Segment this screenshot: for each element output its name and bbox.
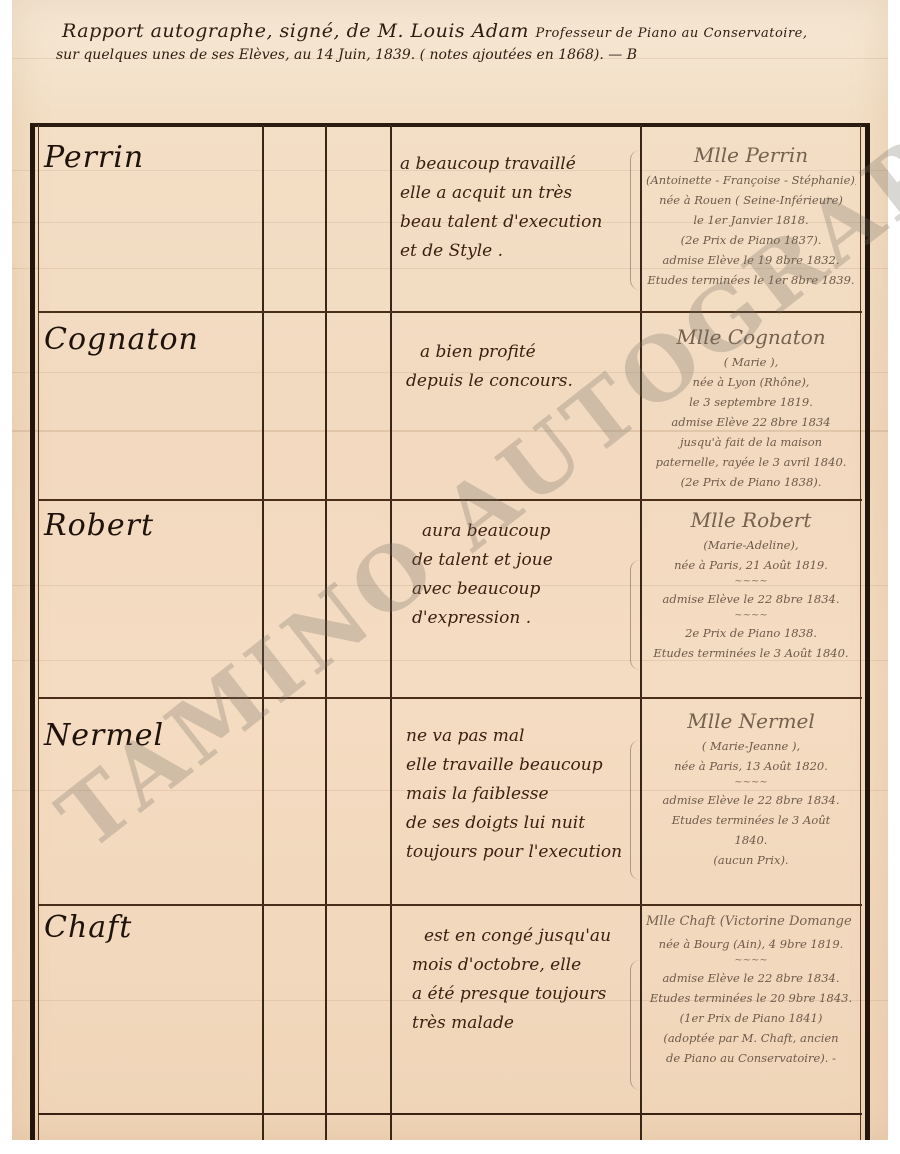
remark-line: et de Style .	[400, 237, 640, 266]
remark-line: est en congé jusqu'au	[412, 922, 652, 951]
note-line: 1840.	[646, 830, 856, 850]
remark-line: de talent et joue	[412, 546, 652, 575]
note-line: (2e Prix de Piano 1838).	[646, 472, 856, 492]
column-divider	[390, 125, 392, 1140]
column-divider	[262, 125, 264, 1140]
note-line: Etudes terminées le 1er 8bre 1839.	[646, 270, 856, 290]
row-divider	[38, 311, 862, 313]
biographical-note: Mlle Chaft (Victorine Domange dite) née …	[646, 910, 856, 1068]
table-right-inner-border	[860, 125, 861, 1140]
column-divider	[325, 125, 327, 1140]
remark-line: aura beaucoup	[412, 517, 652, 546]
note-flourish: ~~~~	[646, 954, 856, 968]
teacher-remark: ne va pas mal elle travaille beaucoup ma…	[406, 722, 646, 867]
remark-line: elle travaille beaucoup	[406, 751, 646, 780]
note-line: ( Marie-Jeanne ),	[646, 736, 856, 756]
remark-line: d'expression .	[412, 604, 652, 633]
brace-mark	[630, 740, 645, 880]
document-title: Rapport autographe, signé, de M. Louis A…	[62, 20, 808, 42]
remark-line: toujours pour l'execution	[406, 838, 646, 867]
note-line: (1er Prix de Piano 1841)	[646, 1008, 856, 1028]
note-title: Mlle Robert	[646, 505, 856, 535]
note-line: (Marie-Adeline),	[646, 535, 856, 555]
remark-line: a été presque toujours	[412, 980, 652, 1009]
note-flourish: ~~~~	[646, 575, 856, 589]
note-flourish: ~~~~	[646, 609, 856, 623]
note-line: (adoptée par M. Chaft, ancien	[646, 1028, 856, 1048]
note-line: (aucun Prix).	[646, 850, 856, 870]
remark-line: avec beaucoup	[412, 575, 652, 604]
note-line: admise Elève le 22 8bre 1834.	[646, 790, 856, 810]
note-line: (Antoinette - Françoise - Stéphanie),	[646, 170, 856, 190]
note-line: (2e Prix de Piano 1837).	[646, 230, 856, 250]
note-line: née à Bourg (Ain), 4 9bre 1819.	[646, 934, 856, 954]
note-line: 2e Prix de Piano 1838.	[646, 623, 856, 643]
student-name: Nermel	[44, 718, 164, 753]
note-line: admise Elève le 19 8bre 1832.	[646, 250, 856, 270]
remark-line: ne va pas mal	[406, 722, 646, 751]
remark-line: depuis le concours.	[406, 367, 646, 396]
remark-line: a beaucoup travaillé	[400, 150, 640, 179]
remark-line: mois d'octobre, elle	[412, 951, 652, 980]
brace-mark	[630, 960, 645, 1090]
remark-line: mais la faiblesse	[406, 780, 646, 809]
note-line: ( Marie ),	[646, 352, 856, 372]
biographical-note: Mlle Robert (Marie-Adeline), née à Paris…	[646, 505, 856, 663]
remark-line: beau talent d'execution	[400, 208, 640, 237]
teacher-remark: aura beaucoup de talent et joue avec bea…	[412, 517, 652, 633]
note-line: admise Elève le 22 8bre 1834.	[646, 589, 856, 609]
note-flourish: ~~~~	[646, 776, 856, 790]
table-right-border	[865, 125, 870, 1140]
table-left-inner-border	[38, 125, 39, 1140]
remark-line: elle a acquit un très	[400, 179, 640, 208]
note-line: le 3 septembre 1819.	[646, 392, 856, 412]
teacher-remark: est en congé jusqu'au mois d'octobre, el…	[412, 922, 652, 1038]
teacher-remark: a beaucoup travaillé elle a acquit un tr…	[400, 150, 640, 266]
student-name: Chaft	[44, 910, 132, 945]
note-title: Mlle Perrin	[646, 140, 856, 170]
remark-line: a bien profité	[406, 338, 646, 367]
note-line: de Piano au Conservatoire). -	[646, 1048, 856, 1068]
remark-line: de ses doigts lui nuit	[406, 809, 646, 838]
table-left-border	[30, 125, 35, 1140]
note-line: jusqu'à fait de la maison	[646, 432, 856, 452]
note-line: née à Lyon (Rhône),	[646, 372, 856, 392]
student-name: Cognaton	[44, 322, 199, 357]
note-line: née à Paris, 13 Août 1820.	[646, 756, 856, 776]
note-title: Mlle Nermel	[646, 706, 856, 736]
teacher-remark: a bien profité depuis le concours.	[406, 338, 646, 396]
row-divider	[38, 697, 862, 699]
note-line: Etudes terminées le 20 9bre 1843.	[646, 988, 856, 1008]
remark-line: très malade	[412, 1009, 652, 1038]
brace-mark	[630, 150, 645, 290]
table-top-border	[30, 123, 870, 127]
row-divider	[38, 904, 862, 906]
biographical-note: Mlle Perrin (Antoinette - Françoise - St…	[646, 140, 856, 290]
note-line: Etudes terminées le 3 Août 1840.	[646, 643, 856, 663]
document-subtitle: sur quelques unes de ses Elèves, au 14 J…	[56, 47, 637, 63]
note-title: Mlle Cognaton	[646, 322, 856, 352]
note-title: Mlle Chaft (Victorine Domange dite)	[646, 910, 856, 934]
student-name: Robert	[44, 508, 154, 543]
note-line: le 1er Janvier 1818.	[646, 210, 856, 230]
note-line: admise Elève 22 8bre 1834	[646, 412, 856, 432]
note-line: née à Paris, 21 Août 1819.	[646, 555, 856, 575]
biographical-note: Mlle Cognaton ( Marie ), née à Lyon (Rhô…	[646, 322, 856, 492]
note-line: paternelle, rayée le 3 avril 1840.	[646, 452, 856, 472]
note-line: Etudes terminées le 3 Août	[646, 810, 856, 830]
biographical-note: Mlle Nermel ( Marie-Jeanne ), née à Pari…	[646, 706, 856, 870]
row-divider	[38, 499, 862, 501]
student-name: Perrin	[44, 140, 144, 175]
note-line: née à Rouen ( Seine-Inférieure)	[646, 190, 856, 210]
title-main: Rapport autographe, signé, de M. Louis A…	[62, 20, 529, 42]
table-bottom-line	[38, 1113, 862, 1115]
title-professor: Professeur de Piano au Conservatoire,	[536, 26, 808, 41]
note-line: admise Elève le 22 8bre 1834.	[646, 968, 856, 988]
brace-mark	[630, 560, 645, 670]
